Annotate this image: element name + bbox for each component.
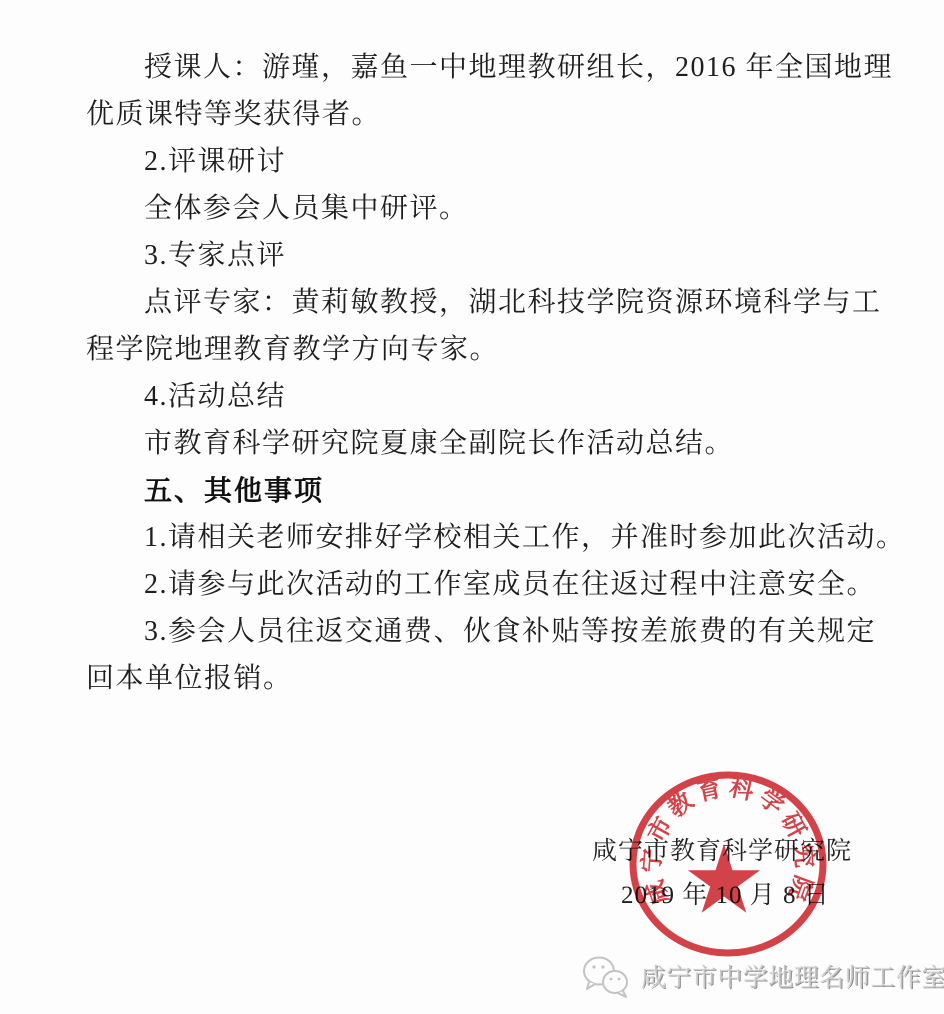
body-line: 2.评课研讨: [86, 138, 916, 185]
body-text: 授课人：游瑾，嘉鱼一中地理教研组长，2016 年全国地理 优质课特等奖获得者。 …: [86, 44, 916, 702]
body-line: 回本单位报销。: [86, 655, 916, 702]
body-line: 全体参会人员集中研评。: [86, 185, 916, 232]
body-line: 程学院地理教育教学方向专家。: [86, 326, 916, 373]
footer-label: 咸宁市中学地理名师工作室: [641, 958, 944, 994]
body-line: 授课人：游瑾，嘉鱼一中地理教研组长，2016 年全国地理: [86, 44, 916, 91]
body-line: 2.请参与此次活动的工作室成员在往返过程中注意安全。: [86, 561, 916, 608]
body-line: 市教育科学研究院夏康全副院长作活动总结。: [86, 420, 916, 467]
wechat-icon: [579, 953, 635, 1003]
body-line: 3.专家点评: [86, 232, 916, 279]
section-heading: 五、其他事项: [86, 467, 916, 514]
body-line: 优质课特等奖获得者。: [86, 91, 916, 138]
official-seal: 咸宁市教育科学研究院: [626, 770, 830, 962]
seal-star: [688, 844, 760, 913]
body-line: 4.活动总结: [86, 373, 916, 420]
body-line: 3.参会人员往返交通费、伙食补贴等按差旅费的有关规定: [86, 608, 916, 655]
body-line: 1.请相关老师安排好学校相关工作，并准时参加此次活动。: [86, 514, 916, 561]
body-line: 点评专家：黄莉敏教授，湖北科技学院资源环境科学与工: [86, 279, 916, 326]
document-page: 授课人：游瑾，嘉鱼一中地理教研组长，2016 年全国地理 优质课特等奖获得者。 …: [0, 0, 944, 1014]
